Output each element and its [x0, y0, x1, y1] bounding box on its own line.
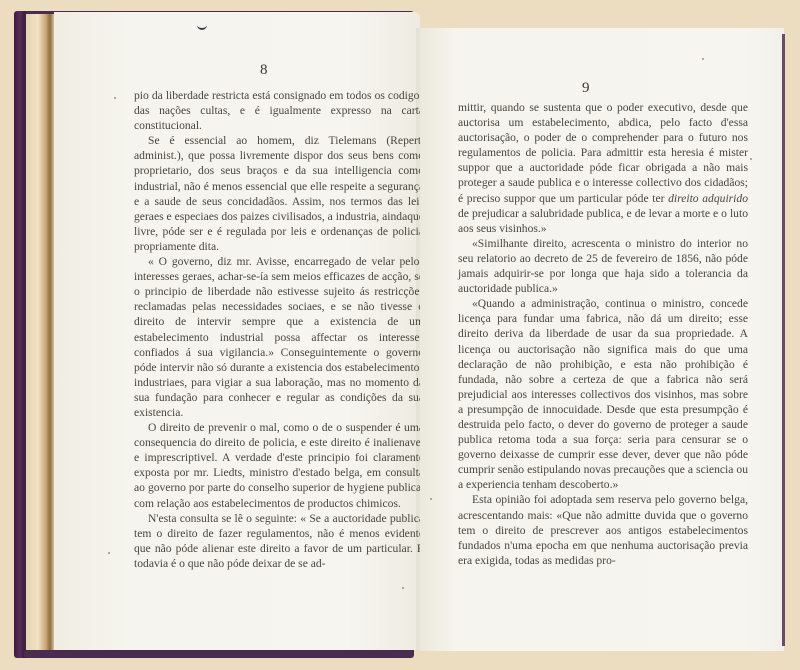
right-page-number: 9 — [582, 80, 590, 97]
paragraph: Esta opinião foi adoptada sem reserva pe… — [458, 492, 748, 567]
flyleaf-edge — [26, 14, 54, 650]
paragraph: mittir, quando se sustenta que o poder e… — [458, 100, 748, 236]
right-page: 9 mittir, quando se sustenta que o poder… — [420, 28, 784, 651]
paper-speck — [702, 58, 704, 60]
left-page-text: pio da liberdade restricta está consigna… — [134, 88, 424, 571]
book-cover-bottom-edge — [24, 651, 410, 657]
right-page-text: mittir, quando se sustenta que o poder e… — [458, 100, 748, 568]
ornament-mark — [197, 22, 207, 30]
paragraph: N'esta consulta se lê o seguinte: « Se a… — [134, 511, 424, 571]
paper-speck — [750, 158, 752, 160]
paragraph: pio da liberdade restricta está consigna… — [134, 88, 424, 133]
paper-speck — [430, 498, 432, 500]
right-cover-edge — [782, 34, 785, 646]
left-page: 8 pio da liberdade restricta está consig… — [54, 12, 420, 650]
paragraph: « O governo, diz mr. Avisse, encarregado… — [134, 254, 424, 420]
paragraph: Se é essencial ao homem, diz Tielemans (… — [134, 133, 424, 254]
paragraph: O direito de prevenir o mal, como o de o… — [134, 420, 424, 511]
left-page-number: 8 — [260, 62, 268, 79]
paper-speck — [114, 97, 116, 99]
paragraph: «Similhante direito, acrescenta o minist… — [458, 236, 748, 296]
paragraph: «Quando a administração, continua o mini… — [458, 296, 748, 492]
paper-speck — [108, 552, 110, 554]
paper-speck — [402, 587, 404, 589]
